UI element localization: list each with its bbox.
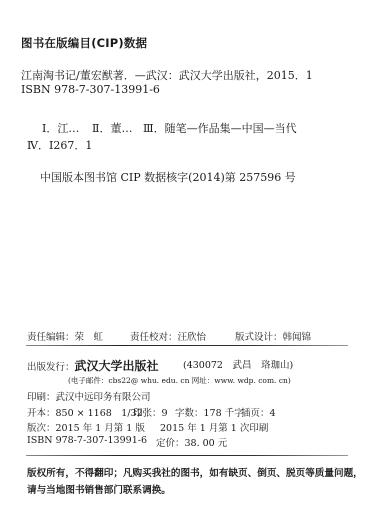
- isbn: ISBN 978-7-307-13991-6: [27, 435, 147, 446]
- edition: 版次：2015 年 1 月第 1 版: [27, 420, 145, 434]
- copyright-notice-line-2: 请与当地图书销售部门联系调换。: [27, 482, 171, 499]
- publisher-address: (430072 武昌 珞珈山): [183, 357, 293, 371]
- printer: 印刷：武汉中远印务有限公司: [27, 389, 151, 403]
- divider-top: [26, 345, 348, 346]
- cip-subject-1: Ⅰ．江…: [42, 120, 79, 136]
- cip-subject-2: Ⅱ．董…: [92, 120, 132, 136]
- publisher-contact: (电子邮件：cbs22@ whu. edu. cn 网址：www. wdp. c…: [68, 375, 291, 386]
- price: 定价：38. 00 元: [156, 435, 227, 449]
- credit-proofreader: 责任校对：汪欣怡: [130, 329, 206, 343]
- plates: 插页：4: [241, 405, 276, 419]
- cip-title-line: 江南淘书记/董宏猷著．—武汉：武汉大学出版社，2015．1: [21, 67, 313, 83]
- printing: 2015 年 1 月第 1 次印刷: [160, 420, 268, 434]
- sheets: 印张：9: [133, 405, 168, 419]
- publisher-label: 出版发行：: [27, 362, 75, 373]
- credit-designer: 版式设计：韩闻锦: [235, 329, 311, 343]
- cip-isbn: ISBN 978-7-307-13991-6: [21, 83, 160, 96]
- cip-subject-3: Ⅲ．随笔—作品集—中国—当代: [143, 120, 297, 136]
- word-count: 字数：178 千字: [175, 405, 244, 419]
- publisher-name: 武汉大学出版社: [75, 359, 159, 373]
- cip-heading: 图书在版编目(CIP)数据: [21, 35, 147, 51]
- format: 开本：850 × 1168 1/32: [27, 405, 143, 419]
- credit-editor: 责任编辑：荣 虹: [27, 329, 103, 343]
- cip-classification: Ⅳ．I267．1: [27, 137, 92, 153]
- publisher-line: 出版发行：武汉大学出版社: [27, 355, 159, 374]
- cip-number: 中国版本图书馆 CIP 数据核字(2014)第 257596 号: [40, 169, 296, 185]
- divider-bottom: [26, 455, 348, 456]
- copyright-notice-line-1: 版权所有，不得翻印；凡购买我社的图书，如有缺页、倒页、脱页等质量问题，: [27, 465, 363, 482]
